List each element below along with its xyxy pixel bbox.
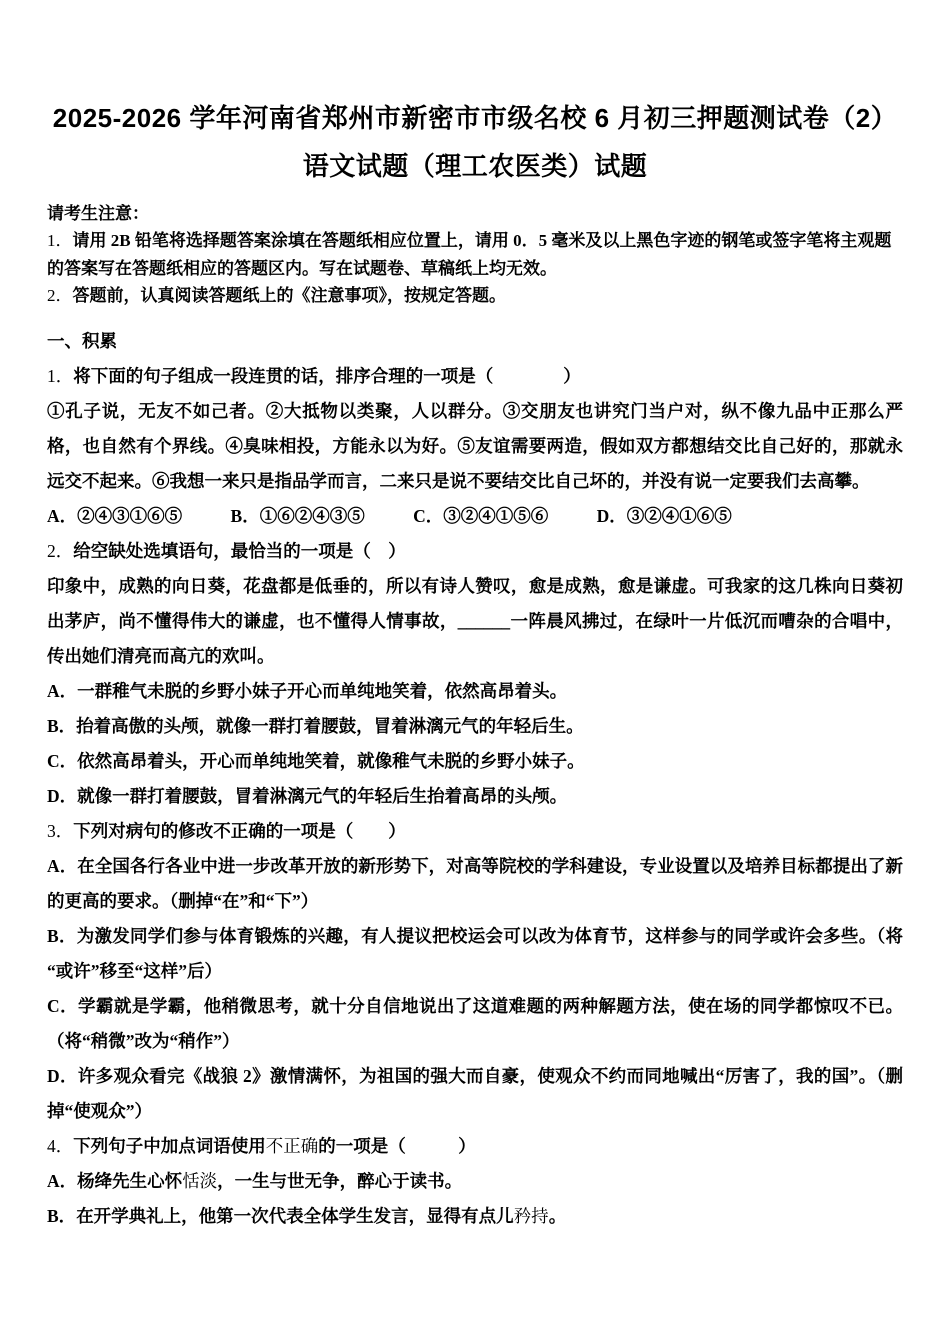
question-3-option-c: C．学霸就是学霸，他稍微思考，就十分自信地说出了这道难题的两种解题方法，使在场的… (47, 989, 903, 1059)
question-3-stem-text: 下列对病句的修改不正确的一项是（ ） (73, 821, 406, 841)
question-3-option-a-text: 在全国各行各业中进一步改革开放的新形势下，对高等院校的学科建设，专业设置以及培养… (47, 856, 903, 911)
question-4-option-b: B．在开学典礼上，他第一次代表全体学生发言，显得有点儿矜持。 (47, 1199, 903, 1234)
question-1-option-d-text: ③②④①⑥⑤ (627, 506, 732, 526)
question-3-option-b-text: 为激发同学们参与体育锻炼的兴趣，有人提议把校运会可以改为体育节，这样参与的同学或… (47, 926, 903, 981)
question-1-number: 1． (47, 366, 73, 386)
notice-item-1-number: 1． (47, 231, 73, 250)
question-4-stem-emphasized-word: 不正确 (266, 1136, 319, 1156)
question-1-option-c-text: ③②④①⑤⑥ (443, 506, 548, 526)
question-2-option-b: B．抬着高傲的头颅，就像一群打着腰鼓，冒着淋漓元气的年轻后生。 (47, 709, 903, 744)
notice-block: 请考生注意： 1．请用 2B 铅笔将选择题答案涂填在答题纸相应位置上，请用 0．… (47, 200, 903, 309)
question-4-option-b-label: B． (47, 1206, 76, 1226)
question-3-number: 3． (47, 821, 73, 841)
question-1-option-d: D．③②④①⑥⑤ (597, 506, 732, 526)
question-3-option-c-text: 学霸就是学霸，他稍微思考，就十分自信地说出了这道难题的两种解题方法，使在场的同学… (47, 996, 903, 1051)
question-2-number: 2． (47, 541, 73, 561)
notice-item-1-text: 请用 2B 铅笔将选择题答案涂填在答题纸相应位置上，请用 0．5 毫米及以上黑色… (47, 231, 891, 277)
question-1-option-c: C．③②④①⑤⑥ (413, 506, 548, 526)
exam-title: 2025-2026 学年河南省郑州市新密市市级名校 6 月初三押题测试卷（2）语… (47, 94, 903, 190)
question-2-option-c-label: C． (47, 751, 77, 771)
question-2-option-c: C．依然高昂着头，开心而单纯地笑着，就像稚气未脱的乡野小妹子。 (47, 744, 903, 779)
question-2-option-d: D．就像一群打着腰鼓，冒着淋漓元气的年轻后生抬着高昂的头颅。 (47, 779, 903, 814)
question-1-stem: 1．将下面的句子组成一段连贯的话，排序合理的一项是（ ） (47, 359, 903, 394)
notice-heading: 请考生注意： (47, 200, 903, 227)
question-3-option-a: A．在全国各行各业中进一步改革开放的新形势下，对高等院校的学科建设，专业设置以及… (47, 849, 903, 919)
question-2-option-d-text: 就像一群打着腰鼓，冒着淋漓元气的年轻后生抬着高昂的头颅。 (77, 786, 567, 806)
question-1-option-b-label: B． (231, 506, 260, 526)
question-3-option-a-label: A． (47, 856, 77, 876)
question-1-option-a-text: ②④③①⑥⑤ (77, 506, 182, 526)
question-4-option-b-pre: 在开学典礼上，他第一次代表全体学生发言，显得有点儿 (76, 1206, 514, 1226)
question-3-option-d-label: D． (47, 1066, 78, 1086)
question-1-option-b-text: ①⑥②④③⑤ (260, 506, 365, 526)
question-4-stem-pre: 下列句子中加点词语使用 (73, 1136, 266, 1156)
question-4-option-b-post: 。 (549, 1206, 567, 1226)
question-2-option-b-label: B． (47, 716, 76, 736)
question-3-option-c-label: C． (47, 996, 78, 1016)
question-1-passage: ①孔子说，无友不如己者。②大抵物以类聚，人以群分。③交朋友也讲究门当户对，纵不像… (47, 394, 903, 499)
question-1-option-a-label: A． (47, 506, 77, 526)
question-4-option-a-post: ，一生与世无争，醉心于读书。 (217, 1171, 462, 1191)
question-2-option-a-text: 一群稚气未脱的乡野小妹子开心而单纯地笑着，依然高昂着头。 (77, 681, 567, 701)
notice-item-2-text: 答题前，认真阅读答题纸上的《注意事项》，按规定答题。 (73, 286, 507, 305)
question-1-stem-text: 将下面的句子组成一段连贯的话，排序合理的一项是（ ） (73, 366, 581, 386)
question-1-option-a: A．②④③①⑥⑤ (47, 506, 182, 526)
notice-item-1: 1．请用 2B 铅笔将选择题答案涂填在答题纸相应位置上，请用 0．5 毫米及以上… (47, 227, 903, 281)
notice-item-2-number: 2． (47, 286, 73, 305)
question-2-option-a-label: A． (47, 681, 77, 701)
question-4-option-b-emphasized-word: 矜持 (514, 1206, 549, 1226)
question-3-option-d: D．许多观众看完《战狼 2》激情满怀，为祖国的强大而自豪，使观众不约而同地喊出“… (47, 1059, 903, 1129)
question-4-stem: 4．下列句子中加点词语使用不正确的一项是（ ） (47, 1129, 903, 1164)
question-2-option-c-text: 依然高昂着头，开心而单纯地笑着，就像稚气未脱的乡野小妹子。 (77, 751, 585, 771)
exam-page: 2025-2026 学年河南省郑州市新密市市级名校 6 月初三押题测试卷（2）语… (0, 0, 950, 1344)
section-1-heading: 一、积累 (47, 324, 903, 359)
notice-item-2: 2．答题前，认真阅读答题纸上的《注意事项》，按规定答题。 (47, 282, 903, 309)
question-2-stem-text: 给空缺处选填语句，最恰当的一项是（ ） (73, 541, 406, 561)
question-1-option-c-label: C． (413, 506, 443, 526)
question-3-option-d-text: 许多观众看完《战狼 2》激情满怀，为祖国的强大而自豪，使观众不约而同地喊出“厉害… (47, 1066, 903, 1121)
question-2-option-d-label: D． (47, 786, 77, 806)
question-2-option-a: A．一群稚气未脱的乡野小妹子开心而单纯地笑着，依然高昂着头。 (47, 674, 903, 709)
question-1-option-d-label: D． (597, 506, 627, 526)
exam-body: 一、积累 1．将下面的句子组成一段连贯的话，排序合理的一项是（ ） ①孔子说，无… (47, 324, 903, 1234)
question-4-stem-post: 的一项是（ ） (318, 1136, 476, 1156)
question-4-option-a-label: A． (47, 1171, 77, 1191)
question-3-option-b: B．为激发同学们参与体育锻炼的兴趣，有人提议把校运会可以改为体育节，这样参与的同… (47, 919, 903, 989)
question-4-option-a-pre: 杨绛先生心怀 (77, 1171, 182, 1191)
question-1-options: A．②④③①⑥⑤ B．①⑥②④③⑤ C．③②④①⑤⑥ D．③②④①⑥⑤ (47, 499, 903, 534)
question-4-option-a-emphasized-word: 恬淡 (182, 1171, 217, 1191)
question-2-stem: 2．给空缺处选填语句，最恰当的一项是（ ） (47, 534, 903, 569)
question-1-option-b: B．①⑥②④③⑤ (231, 506, 365, 526)
question-2-passage: 印象中，成熟的向日葵，花盘都是低垂的，所以有诗人赞叹，愈是成熟，愈是谦虚。可我家… (47, 569, 903, 674)
question-3-option-b-label: B． (47, 926, 77, 946)
question-3-stem: 3．下列对病句的修改不正确的一项是（ ） (47, 814, 903, 849)
question-4-option-a: A．杨绛先生心怀恬淡，一生与世无争，醉心于读书。 (47, 1164, 903, 1199)
question-4-number: 4． (47, 1136, 73, 1156)
question-2-option-b-text: 抬着高傲的头颅，就像一群打着腰鼓，冒着淋漓元气的年轻后生。 (76, 716, 584, 736)
